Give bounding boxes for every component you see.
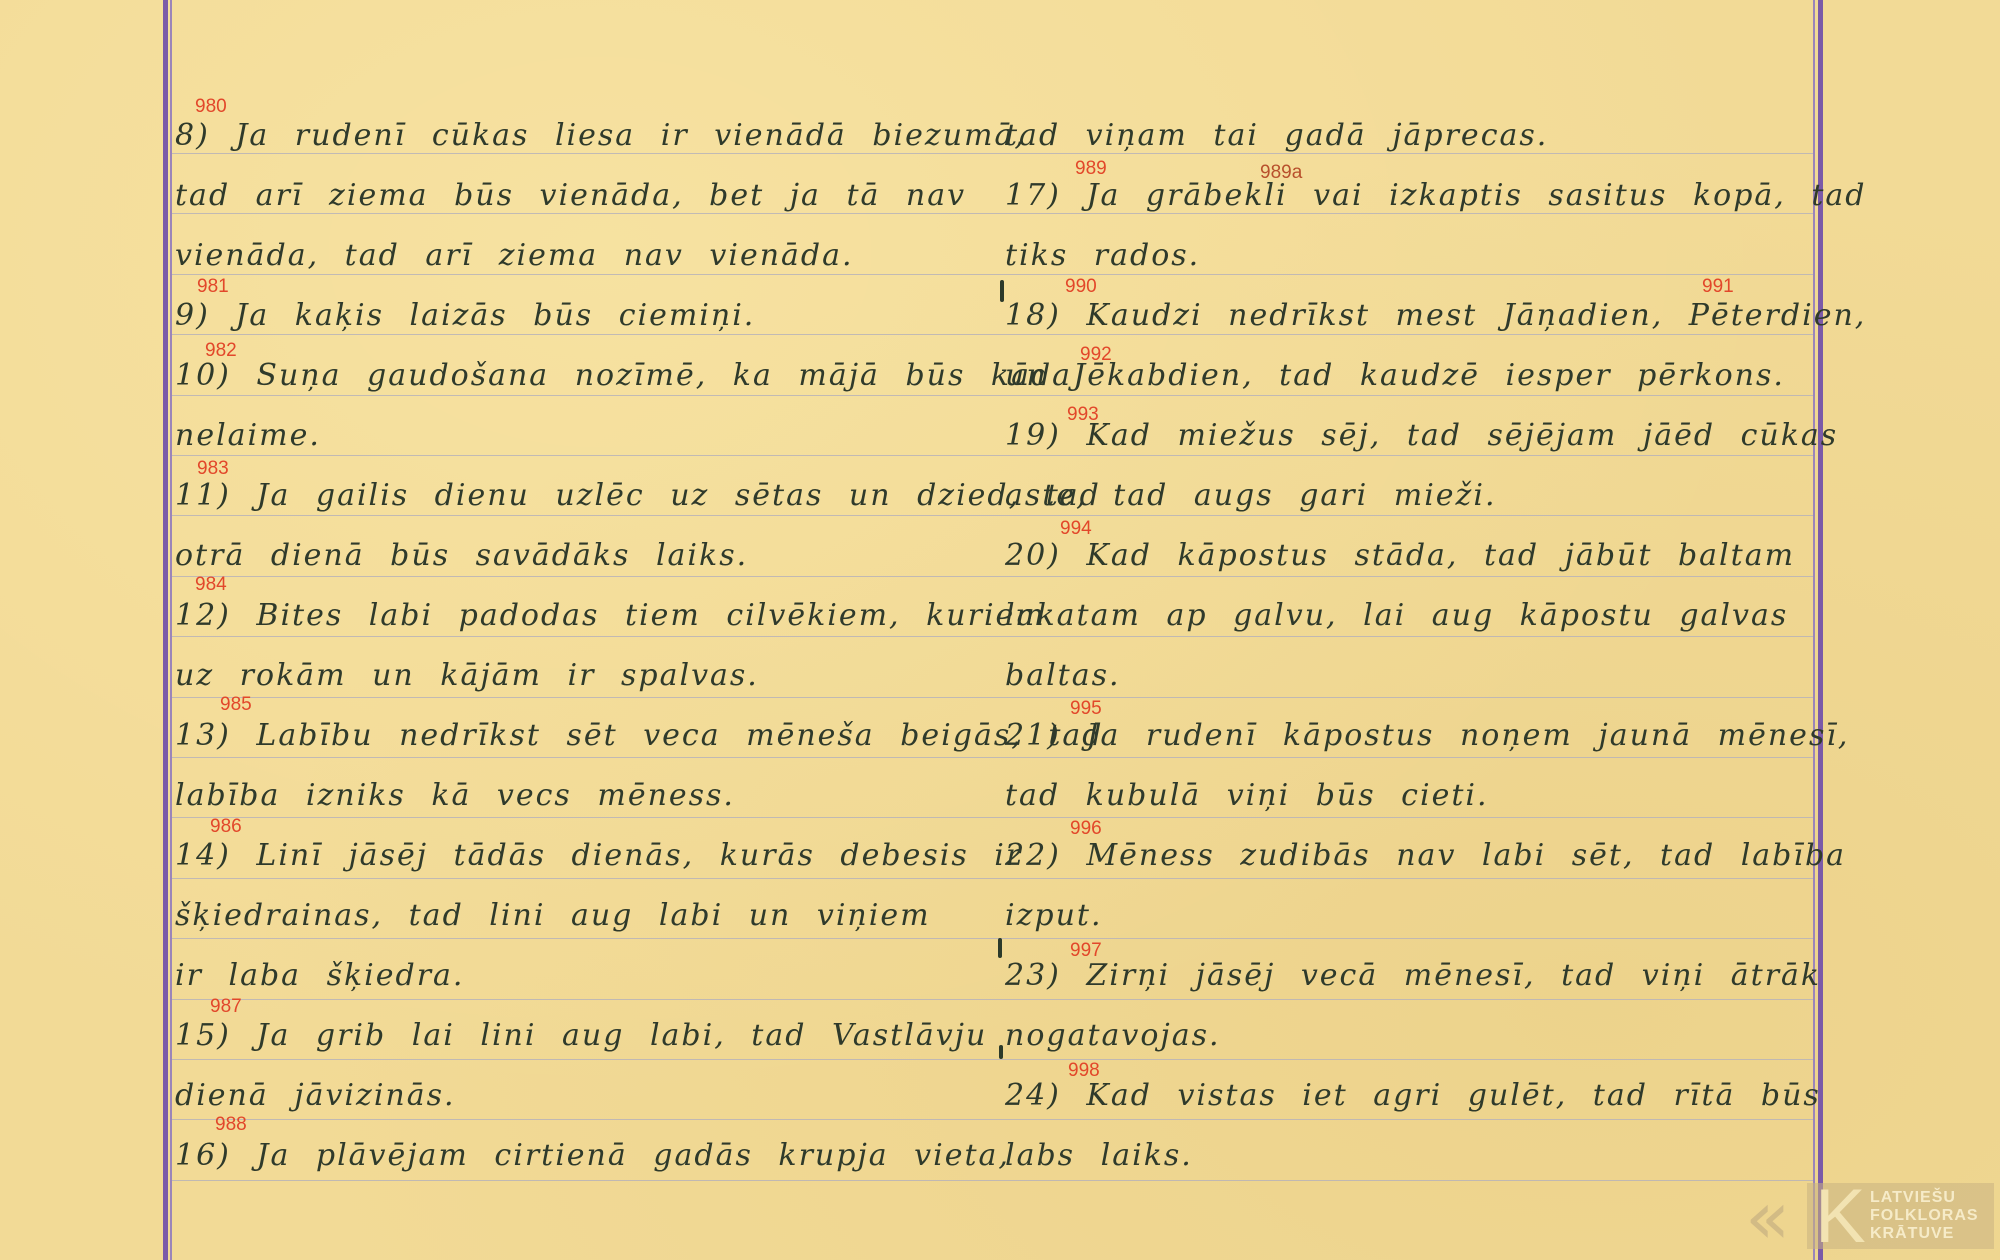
entry-number: 991	[1702, 276, 1734, 298]
logo-line-3: KRĀTUVE	[1870, 1225, 1992, 1243]
text-line: 10) Suņa gaudošana nozīmē, ka mājā būs k…	[175, 358, 1072, 393]
text-line: otrā dienā būs savādāks laiks.	[175, 538, 748, 573]
ruled-line	[172, 1180, 1813, 1181]
text-line: vienāda, tad arī ziema nav vienāda.	[175, 238, 854, 273]
text-line: 9) Ja kaķis laizās būs ciemiņi.	[175, 298, 755, 333]
logo-line-2: FOLKLORAS	[1870, 1207, 1992, 1225]
entry-number: 988	[215, 1114, 247, 1136]
text-line: 18) Kaudzi nedrīkst mest Jāņadien, Pēter…	[1005, 298, 1866, 333]
text-line: baltas.	[1005, 658, 1121, 693]
text-line: labs laiks.	[1005, 1138, 1193, 1173]
text-line: 13) Labību nedrīkst sēt veca mēneša beig…	[175, 718, 1103, 753]
text-line: lakatam ap galvu, lai aug kāpostu galvas	[1005, 598, 1788, 633]
entry-number: 984	[195, 574, 227, 596]
text-line: 19) Kad miežus sēj, tad sējējam jāēd cūk…	[1005, 418, 1838, 453]
ruled-line	[172, 636, 1813, 637]
ruled-line	[172, 153, 1813, 154]
left-margin-line-thin	[170, 0, 172, 1260]
logo-text: LATVIEŠU FOLKLORAS KRĀTUVE	[1870, 1189, 1992, 1243]
text-line: 16) Ja plāvējam cirtienā gadās krupja vi…	[175, 1138, 1010, 1173]
text-line: 20) Kad kāpostus stāda, tad jābūt baltam	[1005, 538, 1795, 573]
text-line: šķiedrainas, tad lini aug labi un viņiem	[175, 898, 931, 933]
ruled-line	[172, 1059, 1813, 1060]
text-line: 24) Kad vistas iet agri gulēt, tad rītā …	[1005, 1078, 1821, 1113]
text-line: tad viņam tai gadā jāprecas.	[1005, 118, 1548, 153]
text-line: tiks rados.	[1005, 238, 1200, 273]
text-line: aste, tad augs gari mieži.	[1005, 478, 1496, 513]
entry-number: 995	[1070, 698, 1102, 720]
entry-number: 982	[205, 340, 237, 362]
text-line: 17) Ja grābekli vai izkaptis sasitus kop…	[1005, 178, 1867, 213]
text-line: 21) Ja rudenī kāpostus noņem jaunā mēnes…	[1005, 718, 1849, 753]
ruled-line	[172, 697, 1813, 698]
text-line: 14) Linī jāsēj tādās dienās, kurās debes…	[175, 838, 1022, 873]
text-line: tad kubulā viņi būs cieti.	[1005, 778, 1489, 813]
text-line: nogatavojas.	[1005, 1018, 1221, 1053]
text-line: 23) Zirņi jāsēj vecā mēnesī, tad viņi āt…	[1005, 958, 1821, 993]
ruled-line	[172, 213, 1813, 214]
text-line: ir laba šķiedra.	[175, 958, 464, 993]
entry-number: 983	[197, 458, 229, 480]
logo-line-1: LATVIEŠU	[1870, 1189, 1992, 1207]
entry-number: 981	[197, 276, 229, 298]
left-margin-line	[163, 0, 168, 1260]
ruled-line	[172, 817, 1813, 818]
text-line: uz rokām un kājām ir spalvas.	[175, 658, 759, 693]
ruled-line	[172, 878, 1813, 879]
text-line: 12) Bites labi padodas tiem cilvēkiem, k…	[175, 598, 1046, 633]
entry-number: 987	[210, 996, 242, 1018]
text-line: tad arī ziema būs vienāda, bet ja tā nav	[175, 178, 966, 213]
ruled-line	[172, 334, 1813, 335]
text-line: 22) Mēness zudibās nav labi sēt, tad lab…	[1005, 838, 1846, 873]
entry-number: 996	[1070, 818, 1102, 840]
text-line: izput.	[1005, 898, 1103, 933]
entry-number: 994	[1060, 518, 1092, 540]
chevron-left-icon: «	[1745, 1185, 1790, 1251]
entry-number: 990	[1065, 276, 1097, 298]
ruled-line	[172, 757, 1813, 758]
ruled-line	[172, 274, 1813, 275]
folklore-archive-logo: « K LATVIEŠU FOLKLORAS KRĀTUVE	[1745, 1177, 1995, 1255]
ruled-line	[172, 938, 1813, 939]
entry-number: 989	[1075, 158, 1107, 180]
manuscript-page: 8) Ja rudenī cūkas liesa ir vienādā biez…	[0, 0, 2000, 1260]
entry-number: 980	[195, 96, 227, 118]
entry-number: 992	[1080, 344, 1112, 366]
fold-mark	[998, 938, 1002, 958]
entry-number: 993	[1067, 404, 1099, 426]
text-line: 15) Ja grib lai lini aug labi, tad Vastl…	[175, 1018, 987, 1053]
text-line: nelaime.	[175, 418, 321, 453]
ruled-line	[172, 515, 1813, 516]
ruled-line	[172, 576, 1813, 577]
text-line: labība izniks kā vecs mēness.	[175, 778, 735, 813]
logo-k-letter: K	[1815, 1179, 1866, 1255]
entry-number: 997	[1070, 940, 1102, 962]
fold-mark	[1000, 280, 1004, 302]
entry-number: 986	[210, 816, 242, 838]
entry-number: 998	[1068, 1060, 1100, 1082]
text-line: dienā jāvizinās.	[175, 1078, 456, 1113]
ruled-line	[172, 999, 1813, 1000]
entry-number: 985	[220, 694, 252, 716]
text-line: un Jēkabdien, tad kaudzē iesper pērkons.	[1005, 358, 1785, 393]
fold-mark	[999, 1045, 1003, 1059]
entry-number-alt: 989a	[1260, 162, 1302, 184]
ruled-line	[172, 455, 1813, 456]
text-line: 8) Ja rudenī cūkas liesa ir vienādā biez…	[175, 118, 1026, 153]
ruled-line	[172, 1119, 1813, 1120]
text-line: 11) Ja gailis dienu uzlēc uz sētas un dz…	[175, 478, 1101, 513]
ruled-line	[172, 395, 1813, 396]
